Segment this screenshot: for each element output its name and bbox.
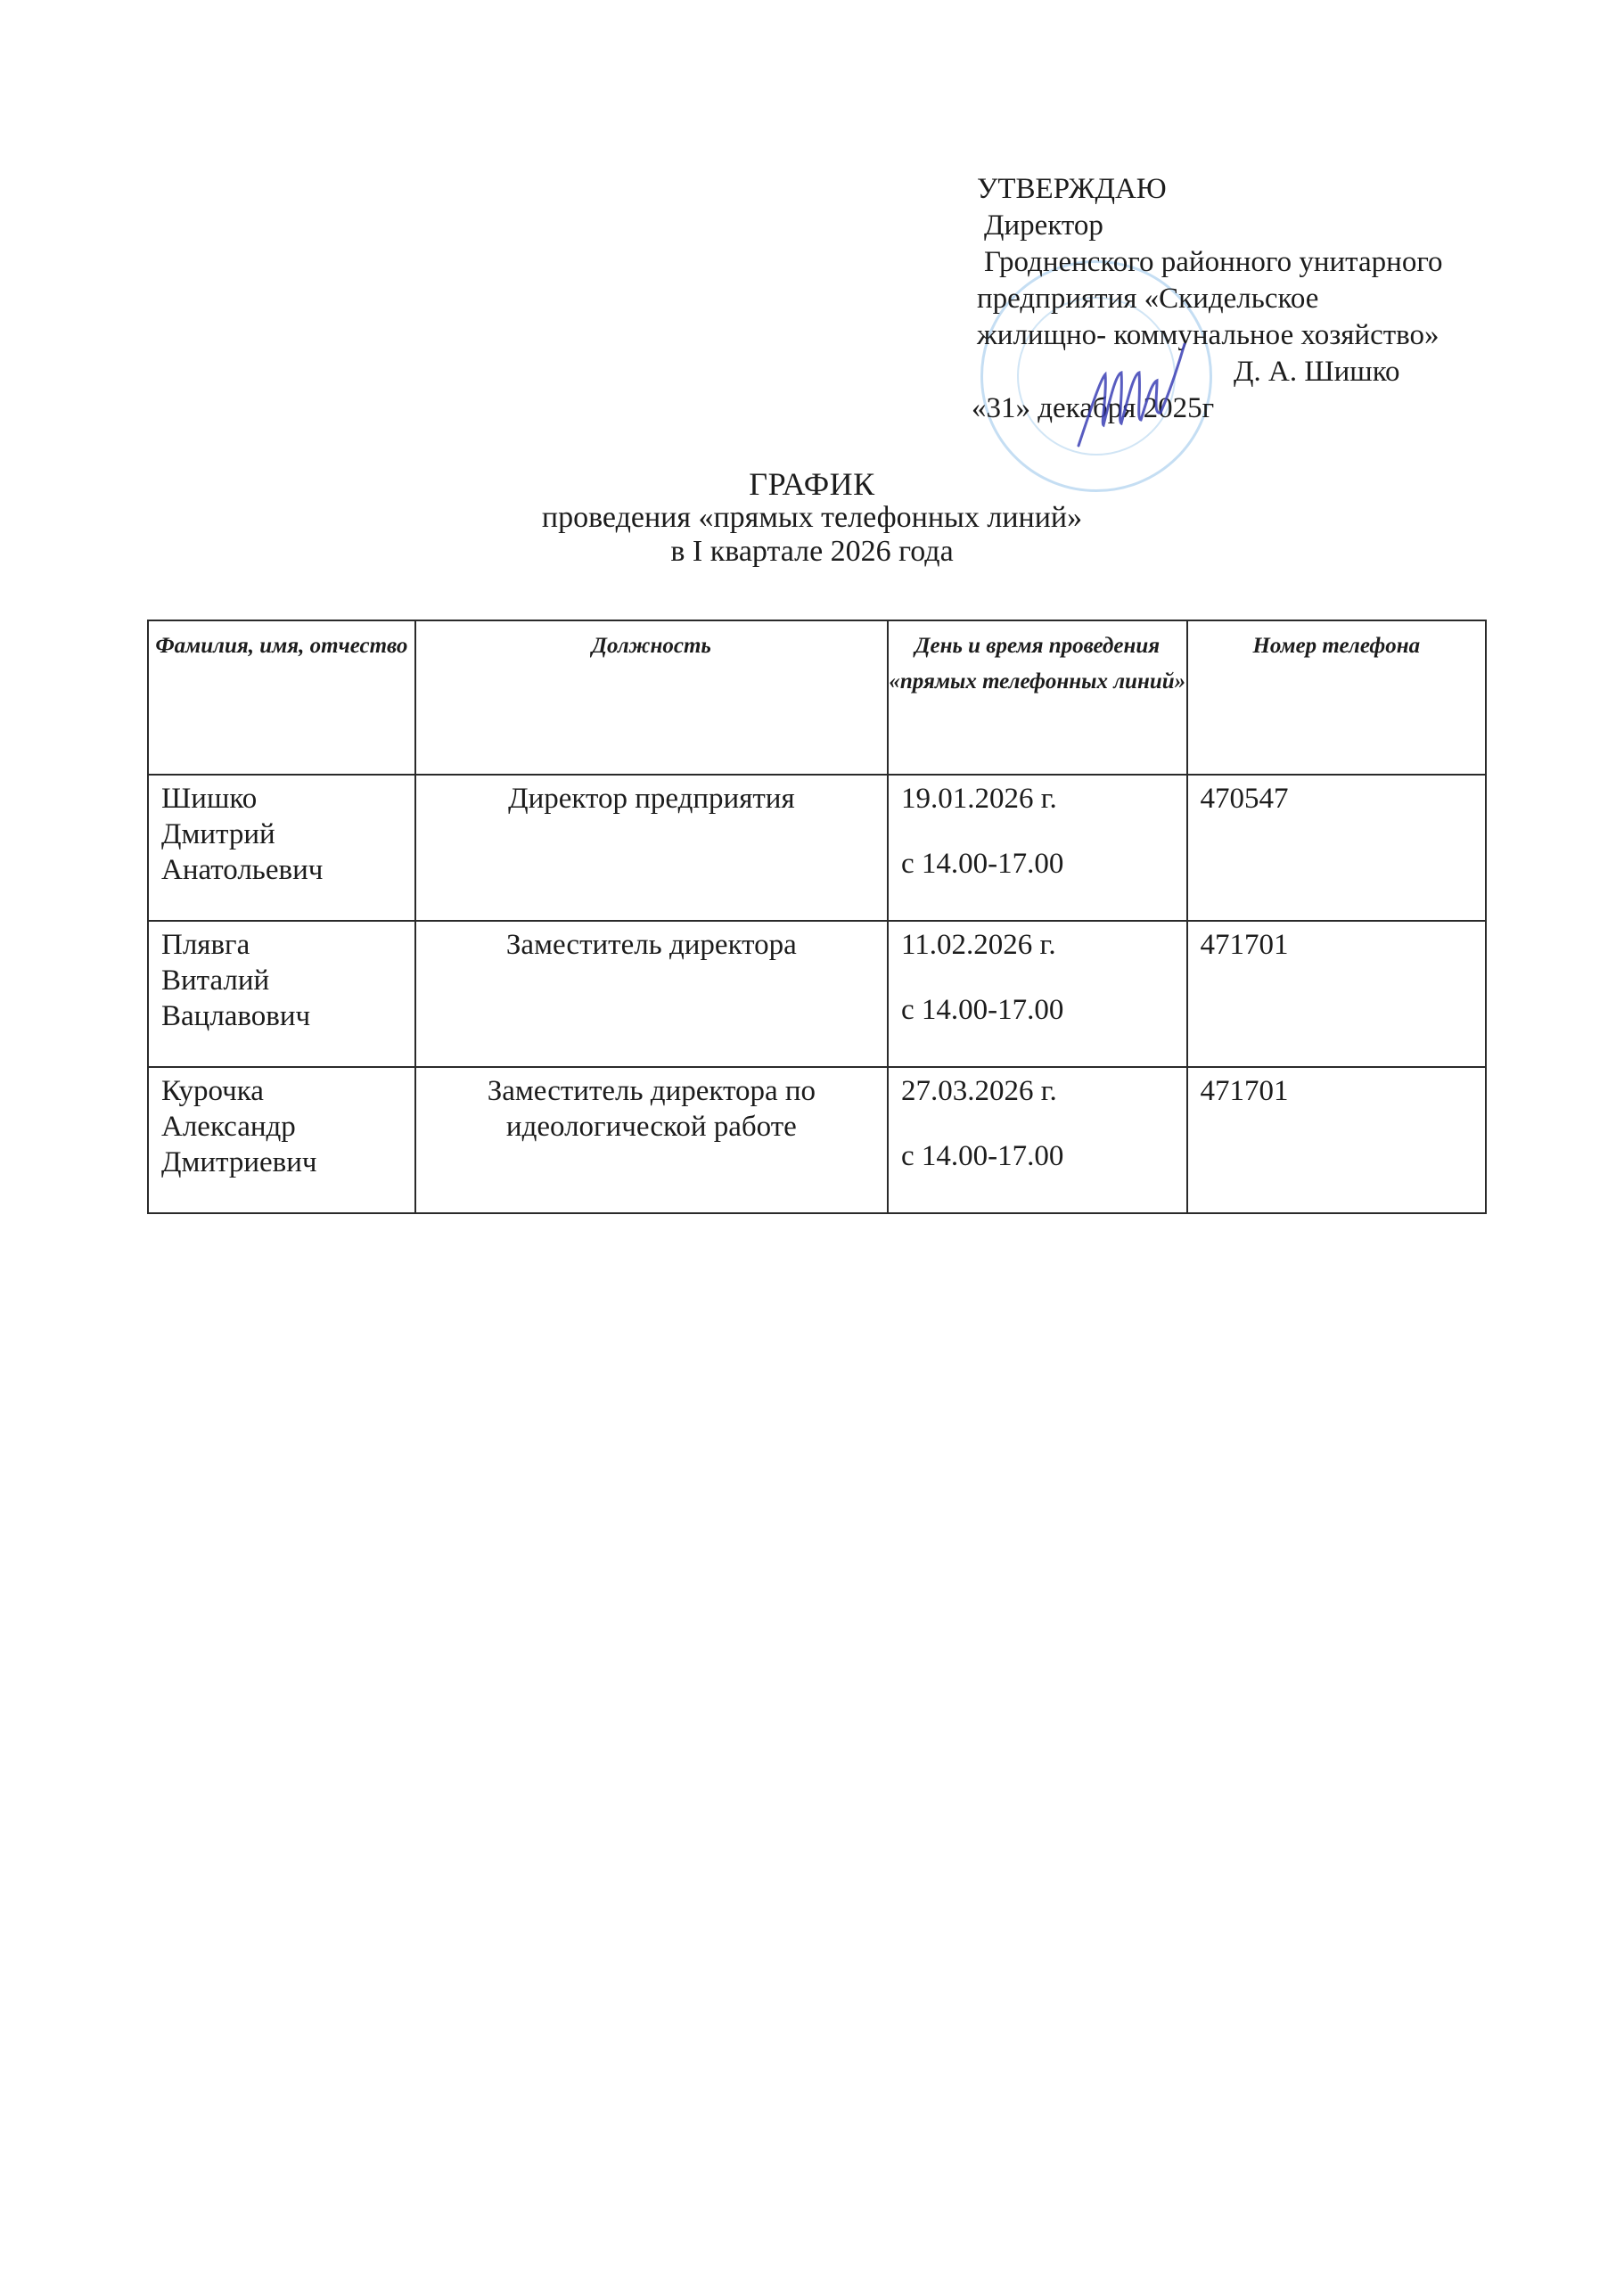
approval-position-line: Гродненского районного унитарного (977, 244, 1443, 281)
patronymic: Вацлавович (161, 998, 402, 1034)
time: с 14.00-17.00 (901, 992, 1174, 1028)
patronymic: Дмитриевич (161, 1145, 402, 1180)
patronymic: Анатольевич (161, 852, 402, 888)
document-title-block: ГРАФИК проведения «прямых телефонных лин… (0, 467, 1624, 569)
name-cell: Шишко Дмитрий Анатольевич (148, 775, 415, 921)
datetime-cell: 11.02.2026 г. с 14.00-17.00 (888, 921, 1187, 1067)
table-row: Плявга Виталий Вацлавович Заместитель ди… (148, 921, 1486, 1067)
document-subtitle: в I квартале 2026 года (0, 535, 1624, 569)
table-row: Шишко Дмитрий Анатольевич Директор предп… (148, 775, 1486, 921)
approval-position-line: Директор (977, 208, 1443, 244)
table-row: Курочка Александр Дмитриевич Заместитель… (148, 1067, 1486, 1213)
header-date-time: День и время проведения «прямых телефонн… (888, 620, 1187, 775)
header-full-name: Фамилия, имя, отчество (148, 620, 415, 775)
approval-position-line: предприятия «Скидельское (977, 281, 1443, 317)
datetime-cell: 27.03.2026 г. с 14.00-17.00 (888, 1067, 1187, 1213)
time: с 14.00-17.00 (901, 846, 1174, 882)
phone-cell: 471701 (1187, 1067, 1486, 1213)
approval-signer: Д. А. Шишко (977, 354, 1443, 390)
datetime-cell: 19.01.2026 г. с 14.00-17.00 (888, 775, 1187, 921)
time: с 14.00-17.00 (901, 1138, 1174, 1174)
schedule-table: Фамилия, имя, отчество Должность День и … (147, 620, 1487, 1214)
document-title: ГРАФИК (0, 467, 1624, 501)
surname: Плявга (161, 927, 402, 963)
approval-heading: УТВЕРЖДАЮ (977, 171, 1443, 208)
approval-block: УТВЕРЖДАЮ Директор Гродненского районног… (977, 171, 1443, 427)
first-name: Александр (161, 1109, 402, 1145)
first-name: Дмитрий (161, 817, 402, 852)
name-cell: Курочка Александр Дмитриевич (148, 1067, 415, 1213)
approval-position-line: жилищно- коммунальное хозяйство» (977, 317, 1443, 354)
date: 11.02.2026 г. (901, 927, 1174, 963)
header-phone: Номер телефона (1187, 620, 1486, 775)
header-position: Должность (415, 620, 888, 775)
position-cell: Заместитель директора (415, 921, 888, 1067)
date: 27.03.2026 г. (901, 1073, 1174, 1109)
name-cell: Плявга Виталий Вацлавович (148, 921, 415, 1067)
position-cell: Директор предприятия (415, 775, 888, 921)
surname: Шишко (161, 781, 402, 817)
position-cell: Заместитель директора по идеологической … (415, 1067, 888, 1213)
surname: Курочка (161, 1073, 402, 1109)
first-name: Виталий (161, 963, 402, 998)
document-subtitle: проведения «прямых телефонных линий» (0, 501, 1624, 535)
phone-cell: 470547 (1187, 775, 1486, 921)
table-header-row: Фамилия, имя, отчество Должность День и … (148, 620, 1486, 775)
date: 19.01.2026 г. (901, 781, 1174, 817)
approval-date: «31» декабря 2025г (972, 390, 1443, 427)
phone-cell: 471701 (1187, 921, 1486, 1067)
